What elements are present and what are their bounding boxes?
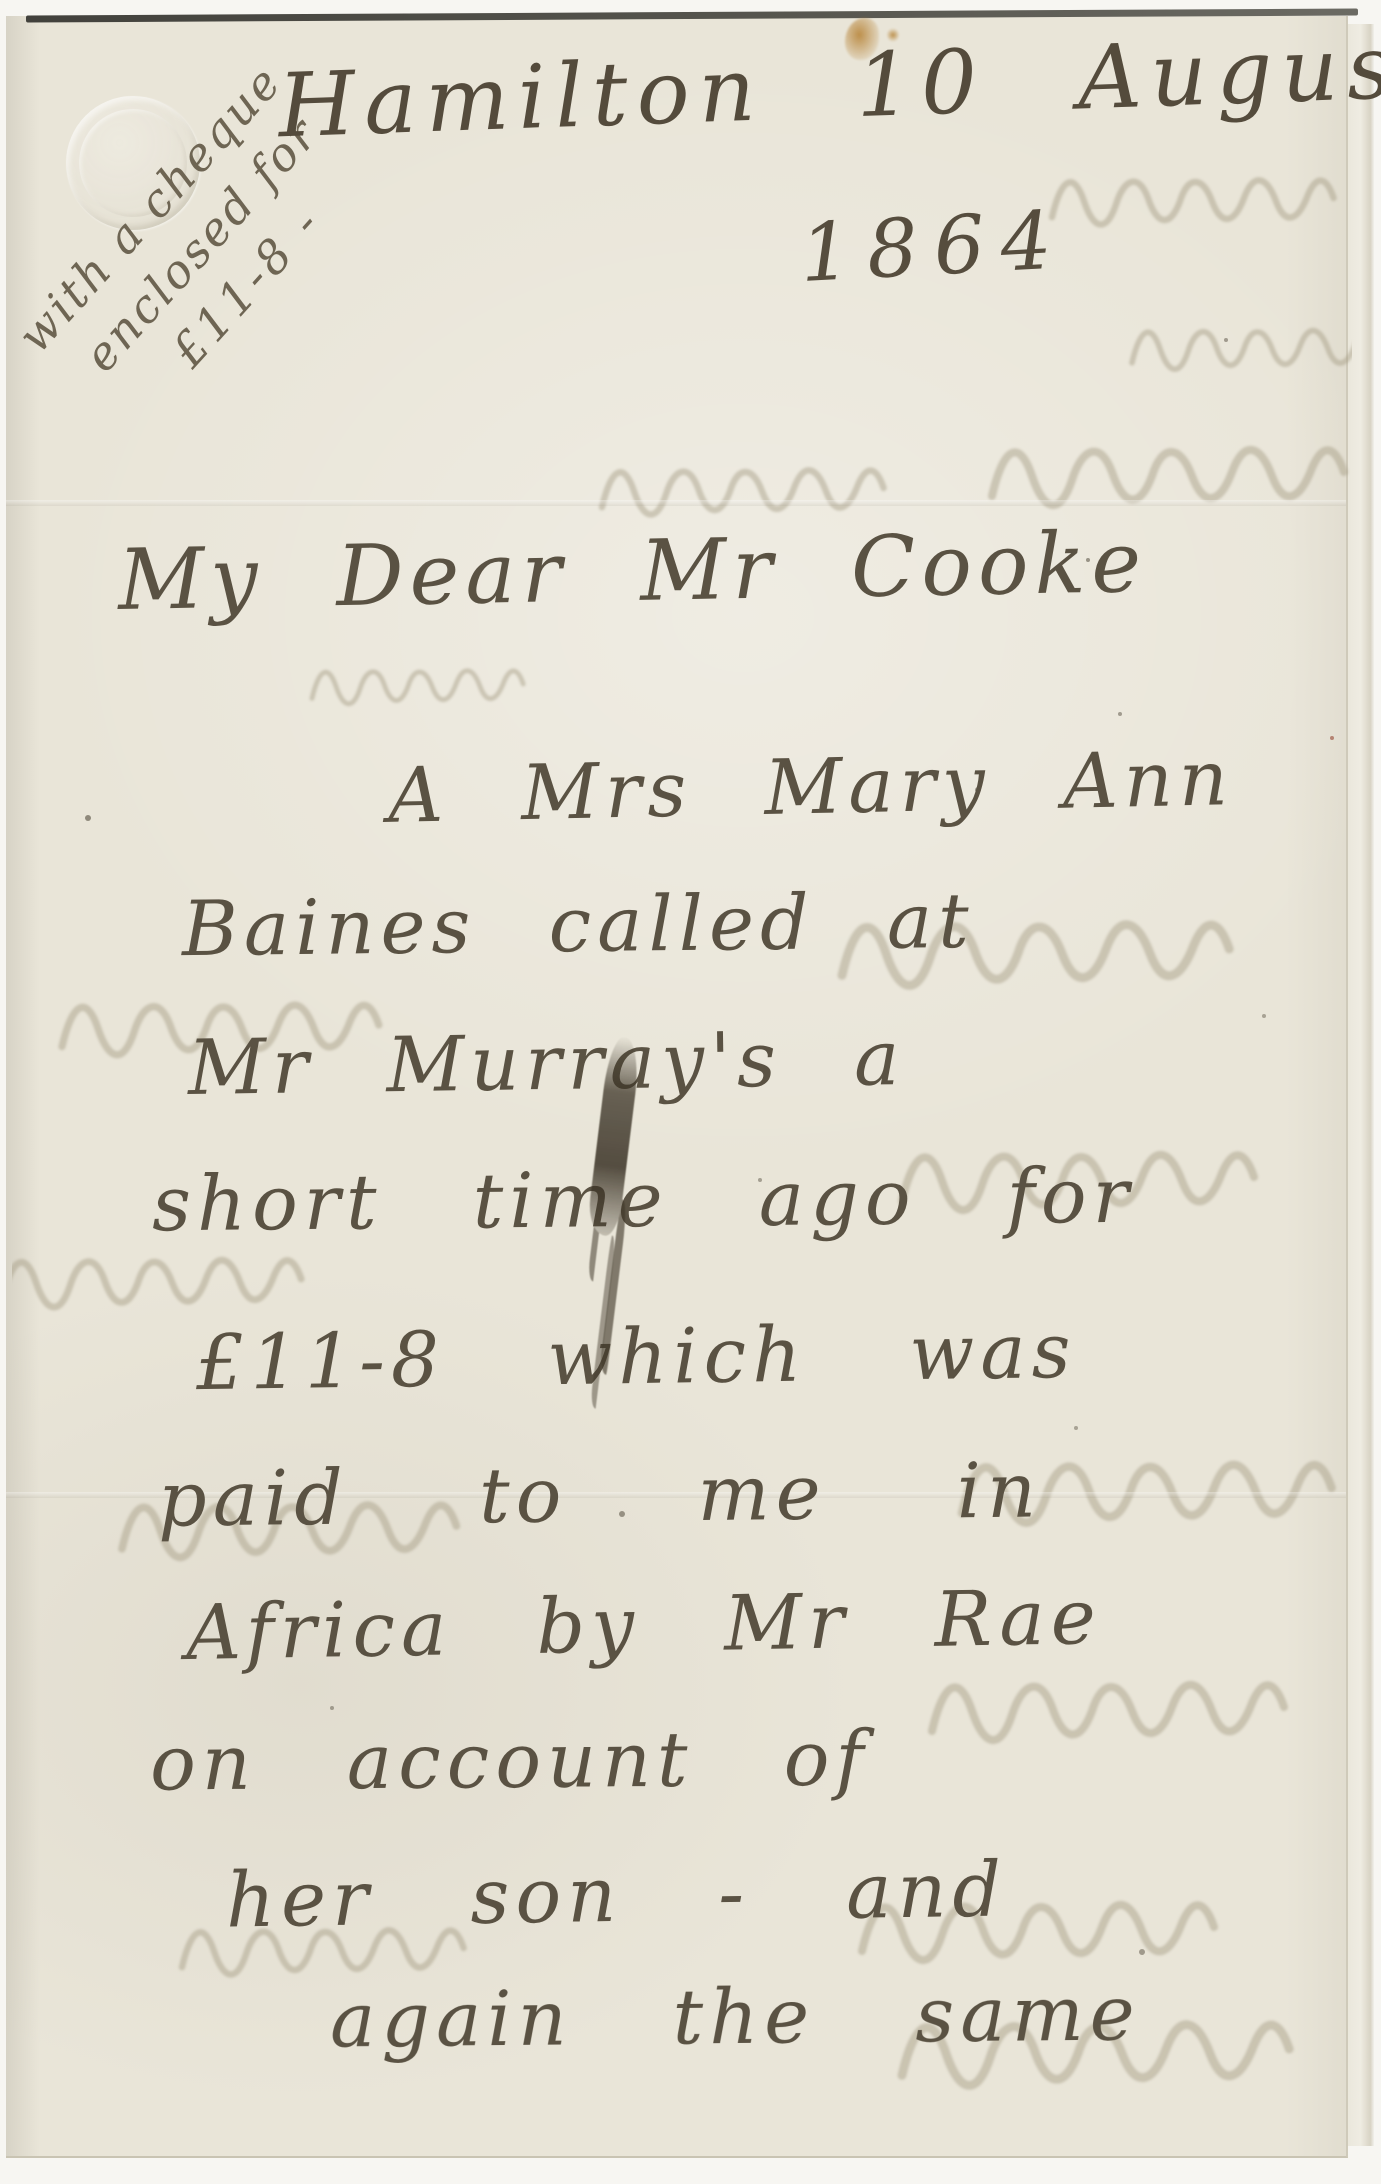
body-line: £11-8 which was <box>195 1306 1077 1407</box>
body-line: Baines called at <box>182 876 976 973</box>
body-line: paid to me in <box>158 1445 1043 1543</box>
body-line: Mr Murray's a <box>187 1013 906 1112</box>
fold-crease <box>6 500 1346 506</box>
body-line: Africa by Mr Rae <box>185 1572 1102 1677</box>
greeting-line: My Dear Mr Cooke <box>117 513 1148 629</box>
scanned-letter-screenshot: { "doc": { "place_date_line": "Hamilton … <box>0 0 1381 2184</box>
body-line: on account of <box>150 1713 870 1807</box>
body-line: short time ago for <box>152 1151 1136 1249</box>
year-line: 1864 <box>798 193 1070 300</box>
paper-specks <box>0 0 4 4</box>
body-line: again the same <box>330 1968 1141 2064</box>
body-line: A Mrs Mary Ann <box>387 733 1234 840</box>
body-line: her son - and <box>225 1845 1007 1945</box>
